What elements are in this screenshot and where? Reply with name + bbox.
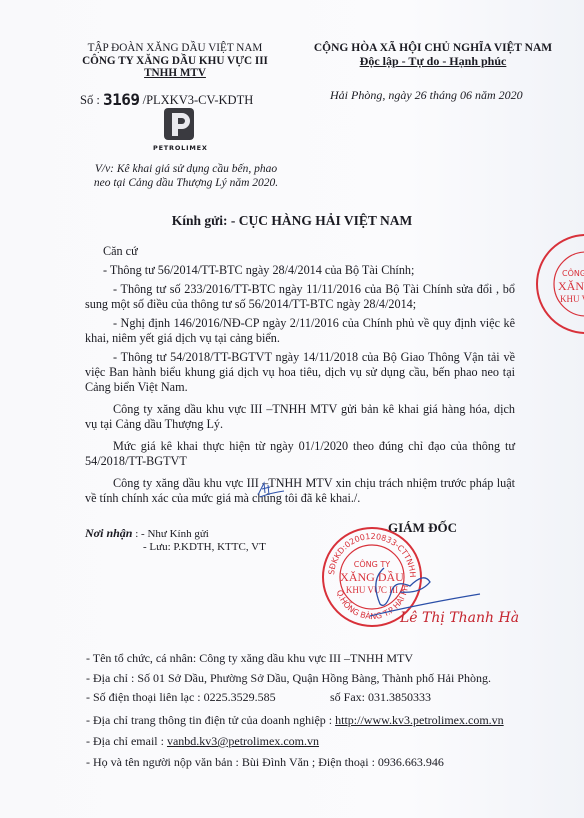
info-phone: - Số điện thoại liên lạc : 0225.3529.585 — [86, 690, 276, 705]
signatory-name: Lê Thị Thanh Hà — [400, 610, 519, 626]
document-date: Hải Phòng, ngày 26 tháng 06 năm 2020 — [330, 88, 523, 103]
body-paragraph-1: Công ty xăng dầu khu vực III –TNHH MTV g… — [85, 402, 515, 432]
info-website: - Địa chỉ trang thông tin điện tử của do… — [86, 713, 504, 728]
legal-basis-4: - Thông tư 54/2018/TT-BGTVT ngày 14/11/2… — [85, 350, 515, 395]
subject-line: V/v: Kê khai giá sử dụng cầu bến, phao n… — [86, 162, 286, 190]
recipient-line: Kính gửi: - CỤC HÀNG HẢI VIỆT NAM — [0, 213, 584, 229]
petrolimex-logo-icon — [160, 108, 198, 140]
can-cu-heading: Căn cứ — [85, 244, 515, 259]
info-email: - Địa chỉ email : vanbd.kv3@petrolimex.c… — [86, 734, 319, 749]
recipients-sep: : — [132, 528, 141, 540]
info-address: - Địa chỉ : Số 01 Sở Dầu, Phường Sở Dầu,… — [86, 671, 491, 686]
info-fax: số Fax: 031.3850333 — [330, 690, 431, 705]
recipients-label: Nơi nhận — [85, 526, 132, 540]
subject-line-2: neo tại Cảng dầu Thượng Lý năm 2020. — [86, 176, 286, 190]
legal-basis-3: - Nghị định 146/2016/NĐ-CP ngày 2/11/201… — [85, 316, 515, 346]
email-label: - Địa chỉ email : — [86, 734, 167, 748]
email-link[interactable]: vanbd.kv3@petrolimex.com.vn — [167, 734, 319, 748]
issuer-company-type: TNHH MTV — [60, 67, 290, 80]
body-can-cu: Căn cứ - Thông tư 56/2014/TT-BTC ngày 28… — [85, 244, 515, 506]
initials-signature-icon — [256, 479, 286, 501]
national-header: CỘNG HÒA XÃ HỘI CHỦ NGHĨA VIỆT NAM Độc l… — [296, 42, 570, 68]
issuer-header: TẬP ĐOÀN XĂNG DẦU VIỆT NAM CÔNG TY XĂNG … — [60, 42, 290, 80]
info-organization: - Tên tổ chức, cá nhân: Công ty xăng dầu… — [86, 651, 413, 666]
document-page: TẬP ĐOÀN XĂNG DẦU VIỆT NAM CÔNG TY XĂNG … — [0, 0, 584, 818]
svg-text:XĂNG: XĂNG — [558, 279, 584, 293]
logo-text: PETROLIMEX — [153, 144, 208, 152]
svg-text:KHU V: KHU V — [560, 294, 584, 304]
recipient-item-2: - Lưu: P.KDTH, KTTC, VT — [85, 541, 266, 554]
document-number-value: 3169 — [103, 90, 140, 109]
body-paragraph-3: Công ty xăng dầu khu vực III –TNHH MTV x… — [85, 476, 515, 506]
issuer-group: TẬP ĐOÀN XĂNG DẦU VIỆT NAM — [60, 42, 290, 55]
recipients-list: Nơi nhận : - Như Kính gửi - Lưu: P.KDTH,… — [85, 527, 266, 553]
document-number: Số : 3169 /PLXKV3-CV-KDTH — [80, 90, 253, 109]
website-link[interactable]: http://www.kv3.petrolimex.com.vn — [335, 713, 504, 727]
recipient-item-1: - Như Kính gửi — [141, 528, 209, 540]
legal-basis-1: - Thông tư 56/2014/TT-BTC ngày 28/4/2014… — [85, 263, 515, 278]
document-number-code: /PLXKV3-CV-KDTH — [139, 93, 253, 107]
info-submitter: - Họ và tên người nộp văn bản : Bùi Đình… — [86, 755, 444, 770]
svg-text:CÔNG: CÔNG — [562, 267, 584, 278]
website-label: - Địa chỉ trang thông tin điện tử của do… — [86, 713, 335, 727]
legal-basis-2: - Thông tư số 233/2016/TT-BTC ngày 11/11… — [85, 282, 515, 312]
body-paragraph-2: Mức giá kê khai thực hiện từ ngày 01/1/2… — [85, 439, 515, 469]
edge-stamp-icon: CÔNG XĂNG KHU V — [534, 232, 584, 336]
subject-line-1: V/v: Kê khai giá sử dụng cầu bến, phao — [86, 162, 286, 176]
national-motto: Độc lập - Tự do - Hạnh phúc — [296, 55, 570, 68]
document-number-label: Số : — [80, 93, 103, 107]
issuer-company: CÔNG TY XĂNG DẦU KHU VỰC III — [60, 55, 290, 68]
